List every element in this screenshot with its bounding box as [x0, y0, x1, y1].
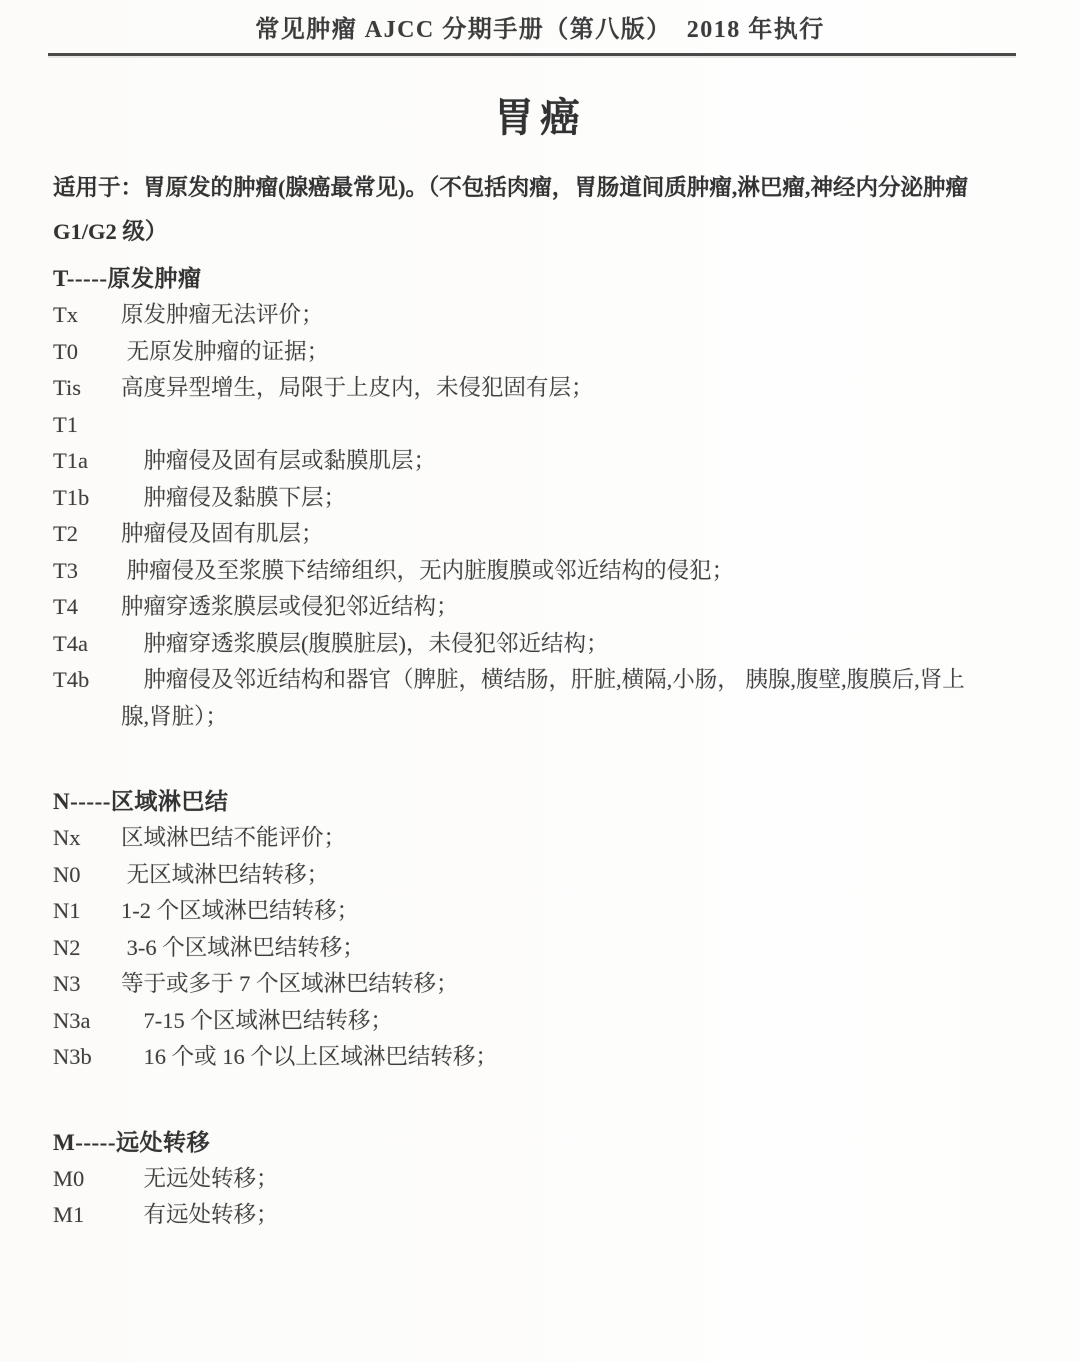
- applicability-paragraph: 适用于：胃原发的肿瘤(腺癌最常见)。（不包括肉瘤，胃肠道间质肿瘤,淋巴瘤,神经内…: [53, 166, 998, 254]
- staging-row: Nx 区域淋巴结不能评价；: [53, 820, 973, 857]
- staging-description: 无区域淋巴结转移；: [121, 857, 973, 894]
- section-n-regional-lymph-nodes: N-----区域淋巴结 Nx 区域淋巴结不能评价； N0 无区域淋巴结转移； N…: [53, 783, 973, 1076]
- staging-description: 有远处转移；: [121, 1197, 973, 1234]
- staging-code: T1a: [53, 443, 121, 480]
- header-divider: [48, 53, 1016, 56]
- staging-row: N3b 16 个或 16 个以上区域淋巴结转移；: [53, 1039, 973, 1076]
- staging-description: 肿瘤穿透浆膜层或侵犯邻近结构；: [121, 589, 973, 626]
- staging-row: T1b 肿瘤侵及黏膜下层；: [53, 480, 973, 517]
- staging-row: M0 无远处转移；: [53, 1161, 973, 1198]
- staging-description: 7-15 个区域淋巴结转移；: [121, 1003, 973, 1040]
- staging-row: N0 无区域淋巴结转移；: [53, 857, 973, 894]
- staging-code: M0: [53, 1161, 121, 1198]
- staging-description: 无远处转移；: [121, 1161, 973, 1198]
- staging-code: M1: [53, 1197, 121, 1234]
- staging-code: T0: [53, 334, 121, 371]
- page-header-title: 常见肿瘤 AJCC 分期手册（第八版） 2018 年执行: [0, 14, 1080, 46]
- staging-code: T4b: [53, 662, 121, 699]
- staging-code: N0: [53, 857, 121, 894]
- staging-description: 肿瘤侵及固有层或黏膜肌层；: [121, 443, 973, 480]
- staging-row: N2 3-6 个区域淋巴结转移；: [53, 930, 973, 967]
- staging-description: 16 个或 16 个以上区域淋巴结转移；: [121, 1039, 973, 1076]
- staging-description: 肿瘤侵及固有肌层；: [121, 516, 973, 553]
- staging-row: T4a 肿瘤穿透浆膜层(腹膜脏层)，未侵犯邻近结构；: [53, 626, 973, 663]
- staging-row: Tx 原发肿瘤无法评价；: [53, 297, 973, 334]
- staging-row: T4 肿瘤穿透浆膜层或侵犯邻近结构；: [53, 589, 973, 626]
- staging-code: N3: [53, 966, 121, 1003]
- staging-row: T3 肿瘤侵及至浆膜下结缔组织，无内脏腹膜或邻近结构的侵犯；: [53, 553, 973, 590]
- staging-code: Nx: [53, 820, 121, 857]
- staging-description: 高度异型增生，局限于上皮内，未侵犯固有层；: [121, 370, 973, 407]
- staging-row: M1 有远处转移；: [53, 1197, 973, 1234]
- staging-code: Tx: [53, 297, 121, 334]
- section-m-distant-metastasis: M-----远处转移 M0 无远处转移； M1 有远处转移；: [53, 1124, 973, 1234]
- staging-row: T1: [53, 407, 973, 444]
- staging-description: 肿瘤侵及黏膜下层；: [121, 480, 973, 517]
- staging-row: N3 等于或多于 7 个区域淋巴结转移；: [53, 966, 973, 1003]
- staging-row: N1 1-2 个区域淋巴结转移；: [53, 893, 973, 930]
- staging-row: T2 肿瘤侵及固有肌层；: [53, 516, 973, 553]
- staging-description: 原发肿瘤无法评价；: [121, 297, 973, 334]
- staging-row: N3a 7-15 个区域淋巴结转移；: [53, 1003, 973, 1040]
- staging-description: 肿瘤穿透浆膜层(腹膜脏层)，未侵犯邻近结构；: [121, 626, 973, 663]
- staging-description: 肿瘤侵及至浆膜下结缔组织，无内脏腹膜或邻近结构的侵犯；: [121, 553, 973, 590]
- section-t-primary-tumor: T-----原发肿瘤 Tx 原发肿瘤无法评价； T0 无原发肿瘤的证据； Tis…: [53, 260, 973, 735]
- staging-code: T2: [53, 516, 121, 553]
- document-page: 常见肿瘤 AJCC 分期手册（第八版） 2018 年执行 胃癌 适用于：胃原发的…: [0, 0, 1080, 1362]
- section-heading-t: T-----原发肿瘤: [53, 260, 973, 297]
- staging-code: Tis: [53, 370, 121, 407]
- staging-code: T3: [53, 553, 121, 590]
- staging-code: N1: [53, 893, 121, 930]
- staging-code: T1: [53, 407, 121, 444]
- staging-code: N3b: [53, 1039, 121, 1076]
- section-heading-m: M-----远处转移: [53, 1124, 973, 1161]
- staging-description: 无原发肿瘤的证据；: [121, 334, 973, 371]
- staging-row: T1a 肿瘤侵及固有层或黏膜肌层；: [53, 443, 973, 480]
- staging-code: T4: [53, 589, 121, 626]
- staging-row: T0 无原发肿瘤的证据；: [53, 334, 973, 371]
- staging-code: T1b: [53, 480, 121, 517]
- staging-description: 3-6 个区域淋巴结转移；: [121, 930, 973, 967]
- staging-description: 区域淋巴结不能评价；: [121, 820, 973, 857]
- staging-code: N2: [53, 930, 121, 967]
- staging-description: 等于或多于 7 个区域淋巴结转移；: [121, 966, 973, 1003]
- staging-row: T4b 肿瘤侵及邻近结构和器官（脾脏，横结肠，肝脏,横隔,小肠， 胰腺,腹壁,腹…: [53, 662, 973, 735]
- staging-row: Tis 高度异型增生，局限于上皮内，未侵犯固有层；: [53, 370, 973, 407]
- section-heading-n: N-----区域淋巴结: [53, 783, 973, 820]
- staging-code: N3a: [53, 1003, 121, 1040]
- document-title: 胃癌: [0, 94, 1080, 142]
- staging-description: 肿瘤侵及邻近结构和器官（脾脏，横结肠，肝脏,横隔,小肠， 胰腺,腹壁,腹膜后,肾…: [121, 662, 973, 735]
- staging-description: 1-2 个区域淋巴结转移；: [121, 893, 973, 930]
- staging-code: T4a: [53, 626, 121, 663]
